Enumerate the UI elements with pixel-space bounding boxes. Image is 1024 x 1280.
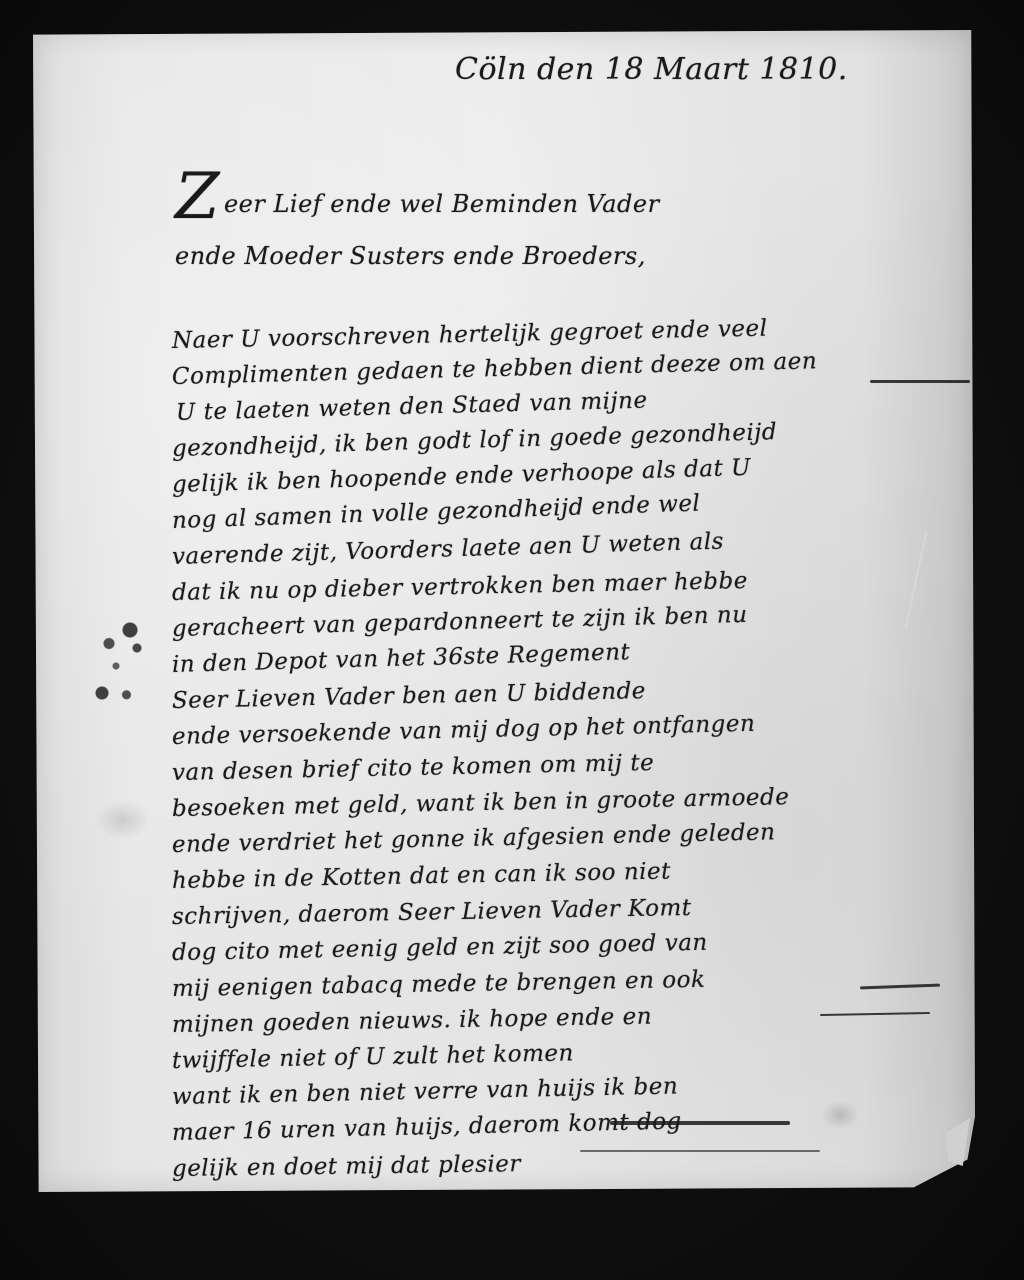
salutation-line-2: ende Moeder Susters ende Broeders, bbox=[175, 227, 660, 285]
line-filler-stroke bbox=[870, 380, 970, 383]
scanned-letter-page: Cöln den 18 Maart 1810. Zeer Lief ende w… bbox=[0, 0, 1024, 1280]
line-filler-stroke bbox=[580, 1150, 820, 1152]
line-filler-stroke bbox=[610, 1121, 790, 1125]
salutation-drop-cap: Z bbox=[175, 160, 220, 234]
letter-salutation: Zeer Lief ende wel Beminden Vader ende M… bbox=[175, 175, 660, 285]
ink-blot-margin bbox=[88, 612, 158, 702]
salutation-line-1: Zeer Lief ende wel Beminden Vader bbox=[175, 175, 660, 233]
letter-body: Naer U voorschreven hertelijk gegroet en… bbox=[172, 323, 962, 1187]
letter-dateline: Cöln den 18 Maart 1810. bbox=[455, 52, 848, 87]
